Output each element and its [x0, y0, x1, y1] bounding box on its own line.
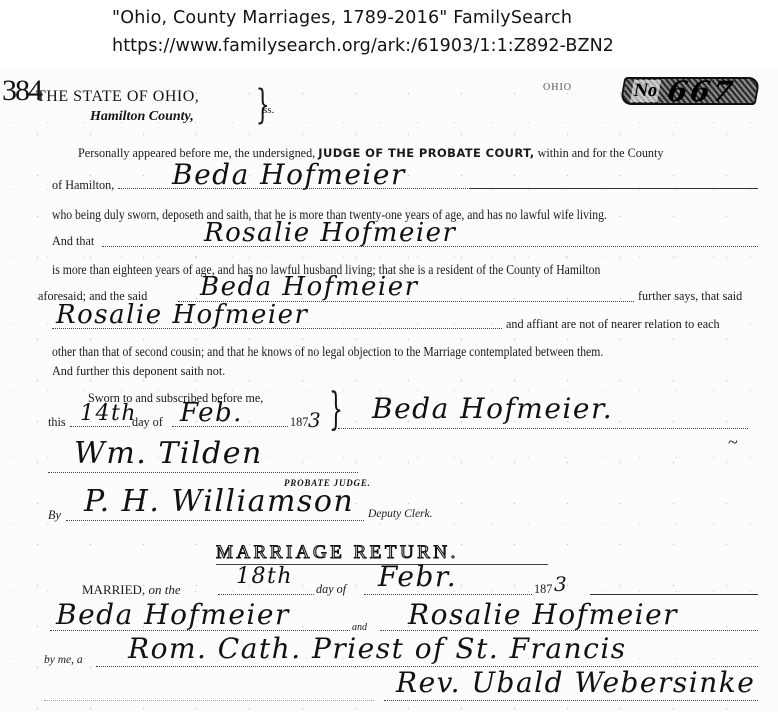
day-of-label: day of: [132, 415, 163, 430]
by-label: By: [48, 508, 61, 523]
bride-name-handwritten-2: Rosalie Hofmeier: [56, 300, 308, 330]
fill-line: [384, 700, 758, 701]
marriage-day-of-label: day of: [316, 582, 346, 597]
collection-title: "Ohio, County Marriages, 1789-2016" Fami…: [112, 8, 572, 28]
bride-name-handwritten: Rosalie Hofmeier: [204, 218, 456, 248]
fill-line: [44, 700, 374, 701]
marriage-day-handwritten: 18th: [236, 564, 293, 589]
fill-line: [70, 426, 130, 427]
officiant-description: Rom. Cath. Priest of St. Francis: [128, 632, 627, 665]
sworn-month-handwritten: Feb.: [180, 398, 243, 428]
by-me-label: by me, a: [44, 654, 83, 666]
married-word: MARRIED,: [82, 582, 145, 597]
fill-line: [66, 520, 364, 521]
married-label: MARRIED, on the: [82, 582, 181, 598]
further-says-label: further says, that said: [638, 289, 742, 304]
marriage-groom-name: Beda Hofmeier: [56, 598, 290, 631]
record-url: https://www.familysearch.org/ark:/61903/…: [112, 36, 614, 56]
sworn-year-suffix: 3: [308, 408, 322, 432]
certificate-no-value: 667: [665, 75, 738, 108]
affiant-signature: Beda Hofmeier.: [372, 392, 613, 425]
marriage-year-prefix: 187: [534, 582, 552, 597]
citation-header: "Ohio, County Marriages, 1789-2016" Fami…: [0, 0, 778, 70]
affidavit-line-8: other than that of second cousin; and th…: [52, 344, 603, 360]
judge-signature: Wm. Tilden: [74, 436, 263, 471]
affidavit-line-9: And further this deponent saith not.: [52, 364, 225, 379]
stray-mark: ~: [728, 432, 738, 453]
marriage-record-scan: 384 THE STATE OF OHIO, Hamilton County, …: [0, 66, 778, 712]
marriage-bride-name: Rosalie Hofmeier: [408, 598, 678, 631]
certificate-no-label: No: [630, 80, 661, 102]
state-heading: THE STATE OF OHIO,: [36, 88, 199, 106]
marriage-month-handwritten: Febr.: [378, 560, 457, 593]
marriage-year-suffix: 3: [554, 572, 568, 596]
certificate-number-stamp: No 667: [620, 77, 761, 105]
affiant-relation-text: and affiant are not of nearer relation t…: [506, 317, 720, 332]
clerk-signature: P. H. Williamson: [84, 484, 354, 519]
fill-line: [590, 594, 758, 595]
of-hamilton-label: of Hamilton,: [52, 178, 114, 193]
groom-name-handwritten-2: Beda Hofmeier: [200, 272, 419, 302]
county-heading: Hamilton County,: [90, 109, 194, 125]
ohio-stamp-label: OHIO: [543, 82, 572, 93]
deputy-clerk-title: Deputy Clerk.: [368, 508, 433, 520]
fill-line: [470, 188, 758, 189]
sworn-year-prefix: 187: [290, 415, 308, 430]
officiant-signature: Rev. Ubald Webersinke: [396, 666, 755, 699]
groom-name-handwritten: Beda Hofmeier: [172, 158, 406, 191]
ss-label: ss.: [263, 104, 274, 116]
sworn-day-handwritten: 14th: [80, 401, 137, 426]
fill-line: [48, 472, 358, 473]
fill-line: [218, 594, 314, 595]
and-that-label: And that: [52, 234, 94, 249]
fill-line: [364, 594, 532, 595]
on-the-label: on the: [148, 582, 180, 597]
affidavit-line-1-end: within and for the County: [538, 146, 664, 160]
fill-line: [338, 428, 748, 429]
this-label: this: [48, 415, 66, 430]
